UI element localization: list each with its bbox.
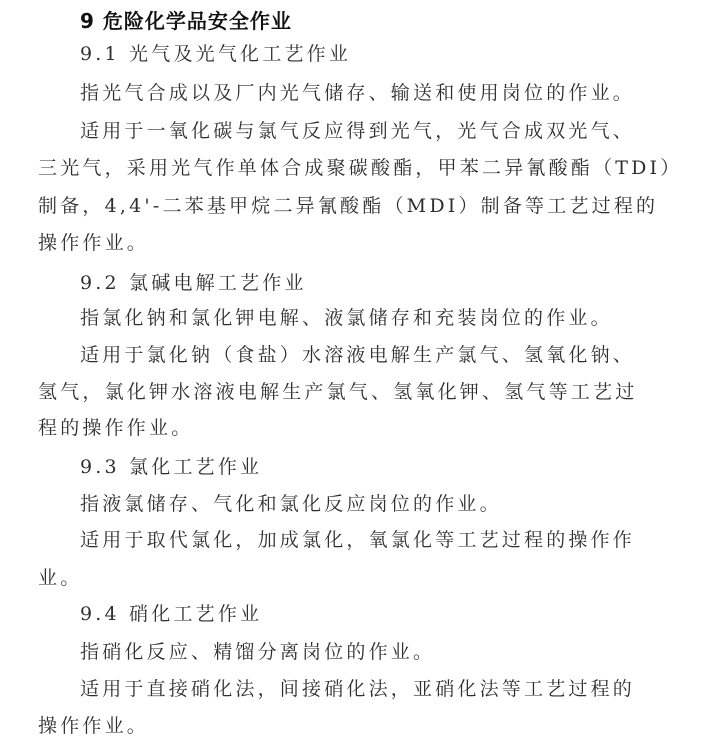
section-scope-line: 业。 bbox=[38, 566, 82, 590]
section-scope-line: 适用于一氧化碳与氯气反应得到光气，光气合成双光气、 bbox=[80, 119, 635, 143]
section-scope-line: 适用于取代氯化，加成氯化，氧氯化等工艺过程的操作作 bbox=[80, 528, 635, 552]
section-heading-9-2: 9.2 氯碱电解工艺作业 bbox=[80, 271, 307, 295]
section-scope-line: 适用于氯化钠（食盐）水溶液电解生产氯气、氢氧化钠、 bbox=[80, 343, 635, 367]
section-scope-line: 制备，4,4'-二苯基甲烷二异氰酸酯（MDI）制备等工艺过程的 bbox=[38, 194, 658, 218]
section-scope-line: 程的操作作业。 bbox=[38, 416, 193, 440]
section-heading-9-4: 9.4 硝化工艺作业 bbox=[80, 602, 262, 626]
section-scope-line: 适用于直接硝化法，间接硝化法，亚硝化法等工艺过程的 bbox=[80, 677, 635, 701]
section-heading-9-3: 9.3 氯化工艺作业 bbox=[80, 455, 262, 479]
section-heading-9-1: 9.1 光气及光气化工艺作业 bbox=[80, 42, 351, 66]
section-scope-line: 操作作业。 bbox=[38, 231, 149, 255]
section-definition-9-4: 指硝化反应、精馏分离岗位的作业。 bbox=[80, 640, 435, 664]
section-definition-9-2: 指氯化钠和氯化钾电解、液氯储存和充装岗位的作业。 bbox=[80, 306, 613, 330]
section-scope-line: 三光气，采用光气作单体合成聚碳酸酯，甲苯二异氰酸酯（TDI） bbox=[38, 156, 682, 180]
section-scope-line: 氢气，氯化钾水溶液电解生产氯气、氢氧化钾、氢气等工艺过 bbox=[38, 380, 637, 404]
chapter-title: 9 危险化学品安全作业 bbox=[80, 9, 292, 33]
section-definition-9-3: 指液氯储存、气化和氯化反应岗位的作业。 bbox=[80, 492, 502, 516]
section-scope-line: 操作作业。 bbox=[38, 714, 149, 738]
section-definition-9-1: 指光气合成以及厂内光气储存、输送和使用岗位的作业。 bbox=[80, 81, 635, 105]
